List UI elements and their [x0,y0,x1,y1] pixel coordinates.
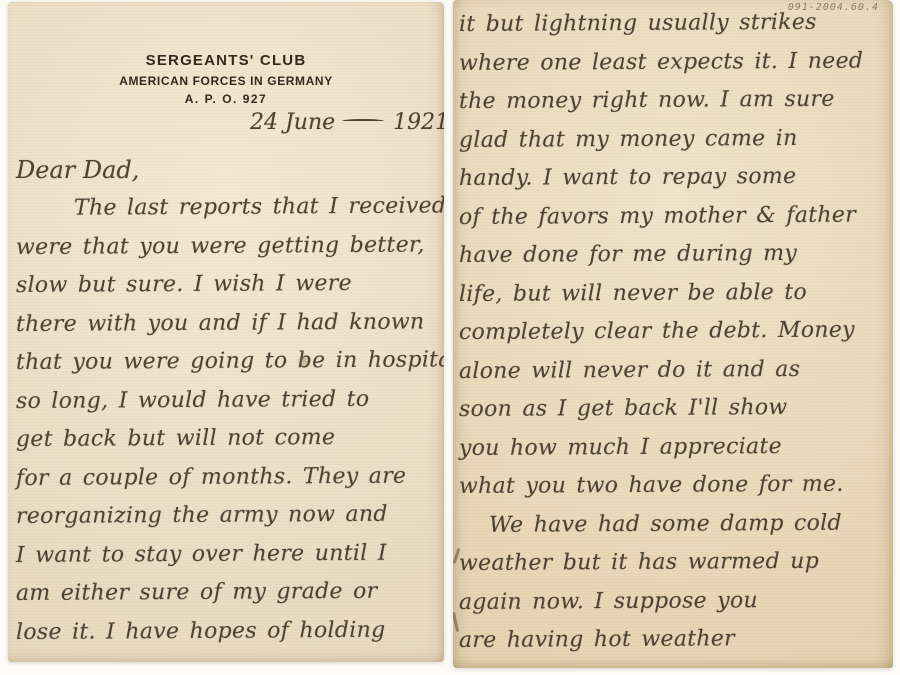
handwriting-line: where one least expects it. I need [459,48,889,89]
handwriting-line: have done for me during my [459,240,889,281]
handwriting-line: get back but will not come [16,424,440,465]
letterhead-apo-line: A. P. O. 927 [8,90,444,108]
handwriting-line: again now. I suppose you [459,587,889,628]
handwriting-line: alone will never do it and as [459,356,889,397]
handwriting-line: weather but it has warmed up [459,548,889,589]
handwriting-line: The last reports that I received [16,193,440,234]
handwriting-line: I want to stay over here until I [16,540,440,581]
date-day-month: 24 June [250,110,335,135]
handwriting-line: slow but sure. I wish I were [16,270,440,311]
letter-page-2: 091-2004.60.4 it but lightning usually s… [453,0,893,668]
pen-flourish [342,119,384,121]
salutation: Dear Dad, [16,156,139,184]
handwriting-line: were that you were getting better, [16,232,440,273]
handwriting-line: are having hot weather [459,625,889,666]
handwriting-line: soon as I get back I'll show [459,394,889,435]
handwriting-line: life, but will never be able to [459,279,889,320]
letter-scan: SERGEANTS' CLUB AMERICAN FORCES IN GERMA… [0,0,900,675]
letter-page-1: SERGEANTS' CLUB AMERICAN FORCES IN GERMA… [8,2,444,662]
handwriting-line: We have had some damp cold [459,510,889,551]
letterhead-club-name: SERGEANTS' CLUB [8,50,444,72]
handwriting-line: glad that my money came in [459,125,889,166]
handwriting-line: so long, I would have tried to [16,386,440,427]
ink-stain [296,354,312,368]
handwriting-line: it but lightning usually strikes [459,9,889,50]
letterhead-forces-line: AMERICAN FORCES IN GERMANY [8,72,444,90]
handwriting-line: that you were going to be in hospital [16,347,440,388]
handwriting-line: what you two have done for me. [459,471,889,512]
handwriting-line: the money right now. I am sure [459,86,889,127]
handwriting-line: there with you and if I had known [16,309,440,350]
handwriting-line: completely clear the debt. Money [459,317,889,358]
date-year: 1921 [393,110,444,135]
page2-body: it but lightning usually strikes where o… [459,12,889,667]
handwriting-line: you how much I appreciate [459,433,889,474]
handwriting-line: of the favors my mother & father [459,202,889,243]
handwriting-line: reorganizing the army now and [16,501,440,542]
handwriting-line: lose it. I have hopes of holding [16,617,440,658]
page1-body: The last reports that I received were th… [16,196,440,658]
date-line: 24 June 1921 [250,110,444,135]
handwriting-line: handy. I want to repay some [459,163,889,204]
letterhead: SERGEANTS' CLUB AMERICAN FORCES IN GERMA… [8,50,444,108]
handwriting-line: for a couple of months. They are [16,463,440,504]
handwriting-line: am either sure of my grade or [16,578,440,619]
